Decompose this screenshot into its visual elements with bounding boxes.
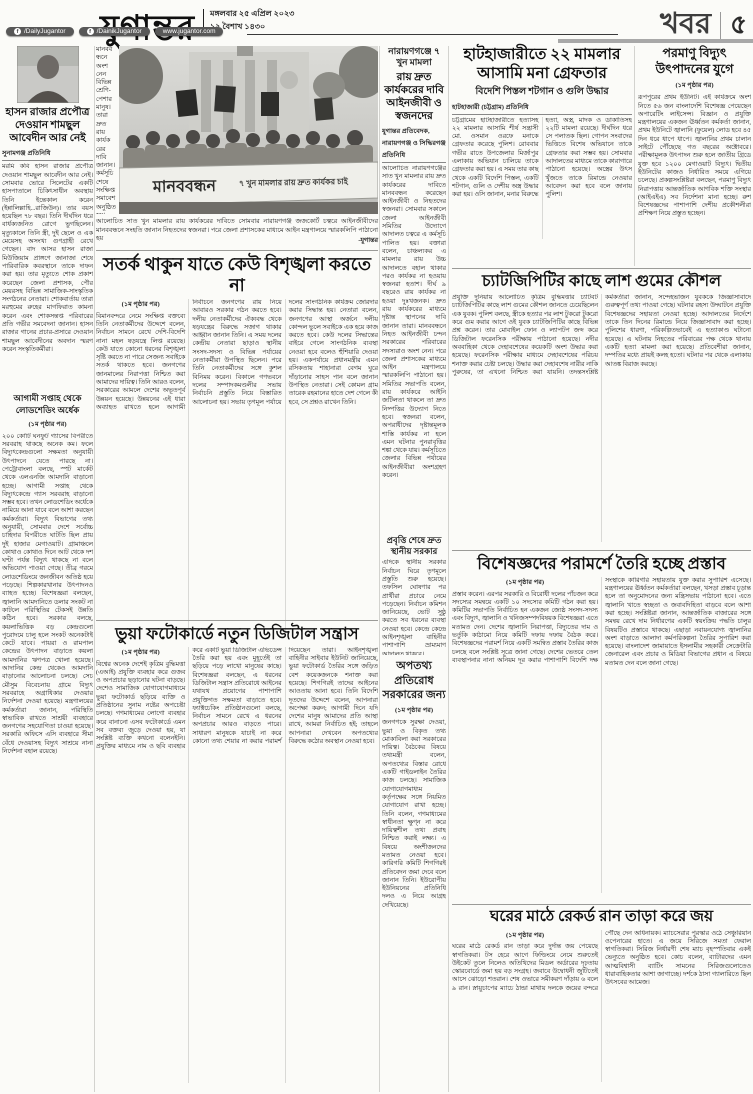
chatgpt-headline: চ্যাটজিপিটির কাছে লাশ গুমের কৌশল: [452, 268, 751, 291]
hathazari-body: চট্টগ্রামের হাটহাজারীতে হত্যাসহ ২২ মামলা…: [452, 117, 632, 239]
side-text-column: মানববন্ধনে অংশ নেন বিভিন্ন শ্রেণি-পেশার …: [96, 46, 116, 214]
header-rule: [247, 34, 618, 35]
left-rail: হাসন রাজার প্রপৌত্র দেওয়ান শামছুল আবেদী…: [2, 46, 93, 1092]
misinformation-body: জনগণকে সুরক্ষা দেওয়া, ভুয়া ও বিকৃত তথ্…: [382, 719, 446, 1059]
facebook-icon: f: [14, 28, 21, 35]
experts-headline: বিশেষজ্ঞদের পরামর্শে তৈরি হচ্ছে প্রস্তাব: [452, 550, 751, 574]
fake-photocard-headline: ভুয়া ফটোকার্ডে নতুন ডিজিটাল সন্ত্রাস: [96, 620, 378, 644]
chatgpt-body: প্রযুক্তি দুনিয়ায় আলোচিত কৃত্রিম বুদ্ধ…: [452, 294, 751, 542]
column-rule: [448, 46, 449, 1092]
hathazari-byline: হাটহাজারী (চট্টগ্রাম) প্রতিনিধি: [452, 101, 632, 115]
column-rule: [379, 46, 380, 1092]
continued-note: (১ম পৃষ্ঠার পর): [452, 579, 598, 588]
article-chatgpt: চ্যাটজিপিটির কাছে লাশ গুমের কৌশল প্রযুক্…: [452, 268, 751, 542]
narayanganj-headline: রায় দ্রুত কার্যকরের দাবি আইনজীবী ও স্বজ…: [382, 71, 446, 124]
article-experts: বিশেষজ্ঞদের পরামর্শে তৈরি হচ্ছে প্রস্তাব…: [452, 550, 751, 893]
obituary-portrait-photo: [17, 46, 79, 103]
column-rule: [94, 46, 95, 1092]
date-gregorian: মঙ্গলবার ২৫ এপ্রিল ২০২৩: [210, 8, 294, 21]
alert-body: (১ম পৃষ্ঠার পর) বিমানবন্দরে নেমে সংক্ষিপ…: [96, 299, 378, 633]
continued-note: (১ম পৃষ্ঠার পর): [96, 301, 185, 310]
obituary-byline: সুনামগঞ্জ প্রতিনিধি: [2, 147, 93, 161]
section-divider: [720, 12, 721, 40]
column-rule: [634, 46, 635, 266]
facebook-badge-2: f/DainikJugantor: [79, 27, 150, 36]
banner-text-main: মানববন্ধন: [152, 178, 218, 196]
website-url: www.jugantor.com: [163, 28, 216, 35]
misinformation-headline: অপতথ্য প্রতিরোধ সরকারের জন্য: [382, 659, 446, 702]
photo-credit: -যুগান্তর: [354, 237, 378, 246]
article-narayanganj-column: নারায়ণগঞ্জে ৭ খুন মামলা রায় দ্রুত কার্…: [382, 46, 446, 1092]
experts-body: (১ম পৃষ্ঠার পর) প্রস্তাব করেন। এরপর সরকা…: [452, 577, 751, 893]
experts-text: প্রস্তাব করেন। এরপর সরকারি ও বিরোধী দলের…: [452, 577, 751, 667]
social-row: f/DailyJugantor f/DainikJugantor www.jug…: [6, 27, 223, 36]
continued-note: (১ম পৃষ্ঠার পর): [382, 704, 446, 716]
continued-note: (১ম পৃষ্ঠার পর): [452, 932, 598, 941]
article-nuclear: পরমাণু বিদ্যুৎ উৎপাদনের যুগে (১ম পৃষ্ঠার…: [638, 46, 751, 266]
local-govt-subhead: প্রবৃত্তি শেষে দ্রুত স্থানীয় সরকার: [382, 535, 446, 557]
continued-note: (১ম পৃষ্ঠার পর): [96, 649, 185, 658]
narayanganj-body: আলোচিত নারায়ণগঞ্জের সাত খুন মামলার রায়…: [382, 165, 446, 531]
protest-photo: মানববন্ধন ৭ খুন মামলার রায় দ্রুত কার্যক…: [119, 46, 378, 214]
narayanganj-kicker: নারায়ণগঞ্জে ৭ খুন মামলা: [382, 46, 446, 69]
loadshedding-body: ২০০ কোটি ঘনফুট গ্যাসের বিপরীতে সরবরাহ থা…: [2, 433, 93, 1092]
article-alert: সতর্ক থাকুন যাতে কেউ বিশৃঙ্খলা করতে না (…: [96, 250, 378, 633]
narayanganj-byline: যুগান্তর প্রতিবেদক, নারায়ণগঞ্জ ও সিদ্ধি…: [382, 125, 446, 163]
facebook-page-1: /DailyJugantor: [24, 28, 66, 35]
cricket-headline: ঘরের মাঠে রেকর্ড রান তাড়া করে জয়: [452, 904, 751, 927]
caption-text: আলোচিত সাত খুন মামলার রায় কার্যকরের দাব…: [96, 218, 378, 242]
facebook-page-2: /DainikJugantor: [97, 28, 142, 35]
loadshedding-subhead: আগামী সপ্তাহ থেকে লোডশেডিং অর্ধেক: [2, 393, 93, 415]
hathazari-headline: হাটহাজারীতে ২২ মামলার আসামি মনা গ্রেফতার: [452, 46, 632, 83]
alert-text: বিমানবন্দরে নেমে সংক্ষিপ্ত বক্তব্যে তিনি…: [96, 299, 378, 411]
photo-caption: আলোচিত সাত খুন মামলার রায় কার্যকরের দাব…: [96, 218, 378, 248]
article-hathazari: হাটহাজারীতে ২২ মামলার আসামি মনা গ্রেফতার…: [452, 46, 632, 239]
article-cricket: ঘরের মাঠে রেকর্ড রান তাড়া করে জয় (১ম প…: [452, 904, 751, 1082]
fake-photocard-text: বিশ্বের অনেক দেশেই কৃত্রিম বুদ্ধিমত্তা (…: [96, 647, 378, 751]
alert-headline: সতর্ক থাকুন যাতে কেউ বিশৃঙ্খলা করতে না: [96, 250, 378, 296]
nuclear-headline: পরমাণু বিদ্যুৎ উৎপাদনের যুগে: [638, 46, 751, 77]
fake-photocard-body: (১ম পৃষ্ঠার পর) বিশ্বের অনেক দেশেই কৃত্র…: [96, 647, 378, 1083]
hathazari-subhead: বিদেশি পিস্তল শটগান ও গুলি উদ্ধার: [452, 86, 632, 98]
nuclear-body: রূপপুরের প্রথম ইউনিট। এই কার্যক্রমে অংশ …: [638, 94, 751, 266]
facebook-icon: f: [87, 28, 94, 35]
article-fake-photocard: ভুয়া ফটোকার্ডে নতুন ডিজিটাল সন্ত্রাস (১…: [96, 620, 378, 1083]
local-govt-body: এদিকে স্থানীয় সরকার নির্বাচন ঘিরে তৃণমূ…: [382, 559, 446, 655]
continued-note: (১ম পৃষ্ঠার পর): [638, 79, 751, 91]
facebook-badge-1: f/DailyJugantor: [6, 27, 74, 36]
obituary-headline: হাসন রাজার প্রপৌত্র দেওয়ান শামছুল আবেদী…: [2, 106, 93, 145]
obituary-body: মরমি কবি হাসন রাজার প্রপৌত্র দেওয়ান শাম…: [2, 163, 93, 389]
cricket-body: (১ম পৃষ্ঠার পর) ঘরের মাঠে রেকর্ড রান তাড…: [452, 930, 751, 1082]
section-underline: [558, 39, 753, 43]
website-badge: www.jugantor.com: [155, 27, 224, 36]
newspaper-page: যুগান্তর মঙ্গলবার ২৫ এপ্রিল ২০২৩ ১২ বৈশা…: [0, 0, 753, 1094]
continued-note: (১ম পৃষ্ঠার পর): [2, 418, 93, 430]
